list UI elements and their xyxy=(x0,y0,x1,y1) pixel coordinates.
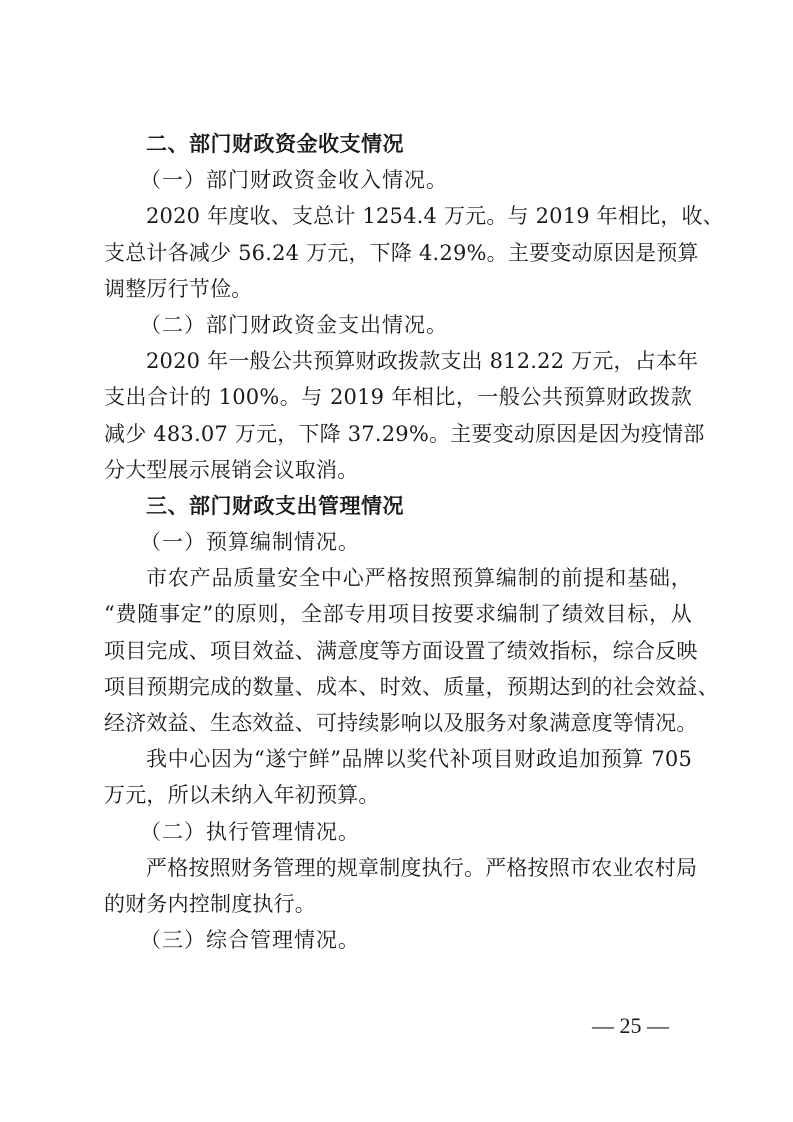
paragraph-line: 经济效益、生态效益、可持续影响以及服务对象满意度等情况。 xyxy=(104,705,692,741)
paragraph-line: 万元，所以未纳入年初预算。 xyxy=(104,777,692,813)
paragraph-line: 分大型展示展销会议取消。 xyxy=(104,452,692,488)
page-number: — 25 — xyxy=(592,1013,669,1039)
paragraph-line: 严格按照财务管理的规章制度执行。严格按照市农业农村局 xyxy=(104,850,692,886)
paragraph-line: 支出合计的 100%。与 2019 年相比，一般公共预算财政拨款 xyxy=(104,379,692,415)
subsection-heading: （二）部门财政资金支出情况。 xyxy=(104,307,692,343)
paragraph-line: 我中心因为“遂宁鲜”品牌以奖代补项目财政追加预算 705 xyxy=(104,741,692,777)
paragraph-line: 项目完成、项目效益、满意度等方面设置了绩效指标，综合反映 xyxy=(104,633,692,669)
subsection-heading: （一）部门财政资金收入情况。 xyxy=(104,162,692,198)
subsection-heading: （二）执行管理情况。 xyxy=(104,814,692,850)
paragraph: 2020 年度收、支总计 1254.4 万元。与 2019 年相比，收、 支总计… xyxy=(104,198,692,307)
paragraph: 我中心因为“遂宁鲜”品牌以奖代补项目财政追加预算 705 万元，所以未纳入年初预… xyxy=(104,741,692,813)
paragraph: 市农产品质量安全中心严格按照预算编制的前提和基础， “费随事定”的原则，全部专用… xyxy=(104,560,692,741)
subsection-heading: （三）综合管理情况。 xyxy=(104,922,692,958)
paragraph-line: 项目预期完成的数量、成本、时效、质量，预期达到的社会效益、 xyxy=(104,669,692,705)
paragraph-line: 减少 483.07 万元，下降 37.29%。主要变动原因是因为疫情部 xyxy=(104,416,692,452)
document-page: 二、部门财政资金收支情况 （一）部门财政资金收入情况。 2020 年度收、支总计… xyxy=(104,126,692,958)
paragraph: 严格按照财务管理的规章制度执行。严格按照市农业农村局 的财务内控制度执行。 xyxy=(104,850,692,922)
paragraph-line: “费随事定”的原则，全部专用项目按要求编制了绩效目标，从 xyxy=(104,596,692,632)
section-heading: 二、部门财政资金收支情况 xyxy=(104,126,692,162)
paragraph: 2020 年一般公共预算财政拨款支出 812.22 万元，占本年 支出合计的 1… xyxy=(104,343,692,488)
paragraph-line: 2020 年度收、支总计 1254.4 万元。与 2019 年相比，收、 xyxy=(104,198,692,234)
paragraph-line: 的财务内控制度执行。 xyxy=(104,886,692,922)
section-heading: 三、部门财政支出管理情况 xyxy=(104,488,692,524)
paragraph-line: 支总计各减少 56.24 万元，下降 4.29%。主要变动原因是预算 xyxy=(104,235,692,271)
paragraph-line: 2020 年一般公共预算财政拨款支出 812.22 万元，占本年 xyxy=(104,343,692,379)
paragraph-line: 调整厉行节俭。 xyxy=(104,271,692,307)
paragraph-line: 市农产品质量安全中心严格按照预算编制的前提和基础， xyxy=(104,560,692,596)
subsection-heading: （一）预算编制情况。 xyxy=(104,524,692,560)
